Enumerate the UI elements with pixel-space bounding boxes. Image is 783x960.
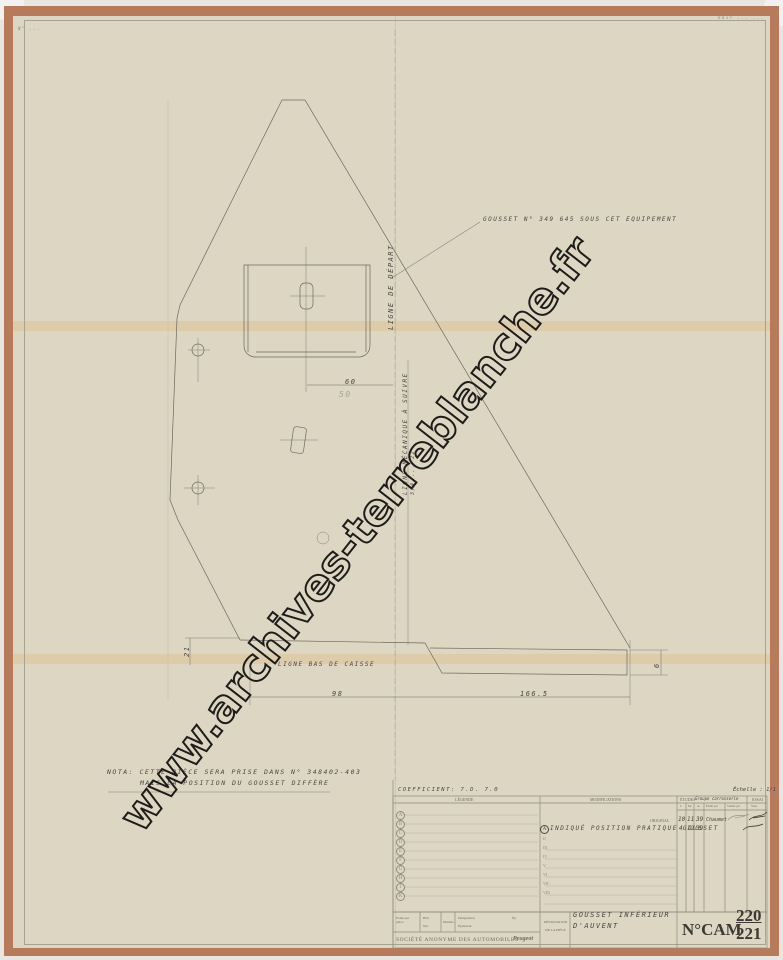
designation-label: DÉSIGNATION DE LA PIÈCE — [543, 918, 568, 934]
legend-marker-f: F — [396, 856, 405, 865]
scale: Échelle : 1/1 — [733, 787, 776, 793]
legend-marker-b: B — [396, 820, 405, 829]
essai-header: ESSAI — [752, 797, 763, 802]
legend-marker-e: E — [396, 847, 405, 856]
modifications-header: MODIFICATIONS — [590, 797, 621, 802]
dimension-98: 98 — [332, 690, 343, 698]
original-day: 10 — [678, 816, 685, 823]
modification-row-iii: III — [543, 845, 547, 850]
label-ligne-de-depart: LIGNE DE DÉPART — [387, 244, 395, 330]
modification-row-v: V — [543, 863, 546, 868]
matiere-epaisseur: Épaisseur — [458, 924, 472, 928]
part-reference-note: GOUSSET N° 349 645 SOUS CET EQUIPEMENT — [483, 216, 677, 223]
original-author: Chaumet — [706, 817, 727, 823]
weight-brut: Brut — [423, 916, 429, 920]
signature-scribbles — [725, 806, 770, 836]
legend-header: LÉGENDE — [455, 797, 473, 802]
weight-net: Net — [423, 924, 428, 928]
modification-row-viii: VIII — [543, 890, 550, 895]
modification-1-year: 39 — [696, 825, 703, 832]
company-name: SOCIÉTÉ ANONYME DES AUTOMOBILES — [396, 937, 519, 943]
original-year: 39 — [696, 816, 703, 823]
legend-marker-h: H — [396, 874, 405, 883]
brand-peugeot: Peugeot — [513, 936, 533, 942]
legend-marker-a: A — [396, 811, 405, 820]
matiere-ep: Ép. — [512, 916, 517, 920]
weight-label: Poids par pièce — [396, 916, 416, 924]
ncam-prefix: N°CAM — [682, 920, 742, 940]
original-month: 11 — [687, 816, 694, 823]
matiere-label: Matière — [443, 920, 454, 924]
modification-row-vi: VI — [543, 872, 547, 877]
legend-marker-j: J — [396, 883, 405, 892]
original-label: ORIGINAL — [650, 818, 669, 823]
designation-line-1: GOUSSET INFÉRIEUR — [573, 911, 670, 919]
date-col-a: A. — [697, 804, 700, 808]
dimension-50-pencil: 50 — [339, 390, 352, 399]
modification-1-day: 4 — [679, 825, 683, 832]
ncam-number-bottom: 221 — [736, 924, 762, 944]
dimension-6: 6 — [653, 662, 661, 668]
legend-marker-d: D — [396, 838, 405, 847]
ncam-number-top: 220 — [736, 906, 762, 926]
dimension-21: 21 — [183, 646, 191, 657]
date-col-etabli: Établi par — [706, 804, 718, 808]
legend-marker-k: K — [396, 892, 405, 901]
etudes-header: ÉTUDES — [680, 797, 695, 802]
dimension-166-5: 166.5 — [520, 690, 549, 698]
designation-line-2: D'AUVENT — [573, 922, 619, 930]
modification-row-ii: II — [543, 836, 546, 841]
matiere-designation: Désignation — [458, 916, 475, 920]
legend-marker-c: C — [396, 829, 405, 838]
legend-marker-g: G — [396, 865, 405, 874]
modification-1-month: 12 — [687, 825, 694, 832]
modification-row-iv: IV — [543, 854, 547, 859]
date-col-j: J. — [680, 804, 682, 808]
dimension-60: 60 — [345, 378, 356, 386]
label-ligne-bas-de-caisse: LIGNE BAS DE CAISSE — [278, 661, 375, 668]
date-col-m: M. — [688, 804, 692, 808]
etudes-sub: Groupe carrosserie — [695, 796, 738, 801]
modification-row-vii: VII — [543, 881, 549, 886]
modification-marker: A — [540, 825, 549, 834]
coefficient: COEFFICIENT: 7.D. 7.0 — [398, 787, 499, 793]
